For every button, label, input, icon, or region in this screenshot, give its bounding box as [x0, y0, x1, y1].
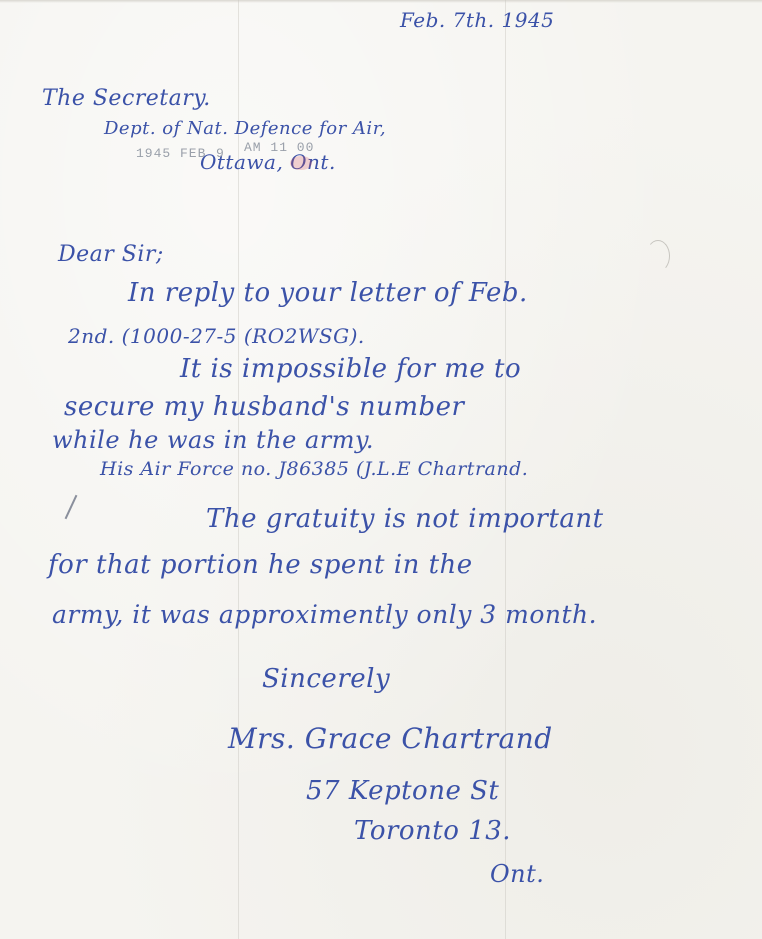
salutation: Dear Sir;	[58, 242, 164, 267]
body-line: It is impossible for me to	[180, 354, 521, 384]
body-line: In reply to your letter of Feb.	[128, 278, 528, 308]
letter-date: Feb. 7th. 1945	[400, 8, 554, 32]
address-street: 57 Keptone St	[306, 776, 499, 806]
body-line: army, it was approximently only 3 month.	[52, 600, 597, 629]
body-line: The gratuity is not important	[206, 504, 604, 534]
check-mark	[65, 495, 78, 519]
body-line: for that portion he spent in the	[48, 550, 473, 580]
red-stamp-mark	[290, 156, 312, 170]
received-stamp-day: 9	[216, 146, 225, 161]
letter-page: Feb. 7th. 1945 The Secretary. Dept. of N…	[0, 0, 762, 939]
received-stamp-date: 1945 FEB	[136, 146, 206, 161]
received-stamp-time: AM 11 00	[244, 140, 314, 155]
address-province: Ont.	[490, 860, 544, 888]
body-line: 2nd. (1000-27-5 (RO2WSG).	[68, 324, 365, 348]
paper-top-edge	[0, 0, 762, 3]
address-city: Toronto 13.	[354, 816, 511, 846]
air-force-number-line: His Air Force no. J86385 (J.L.E Chartran…	[100, 458, 528, 480]
pencil-circle-mark	[646, 240, 670, 272]
body-line: secure my husband's number	[64, 392, 464, 422]
body-line: while he was in the army.	[52, 426, 374, 454]
recipient-title: The Secretary.	[42, 86, 211, 111]
signature: Mrs. Grace Chartrand	[228, 722, 553, 755]
recipient-department: Dept. of Nat. Defence for Air,	[104, 118, 386, 139]
closing: Sincerely	[262, 664, 390, 694]
